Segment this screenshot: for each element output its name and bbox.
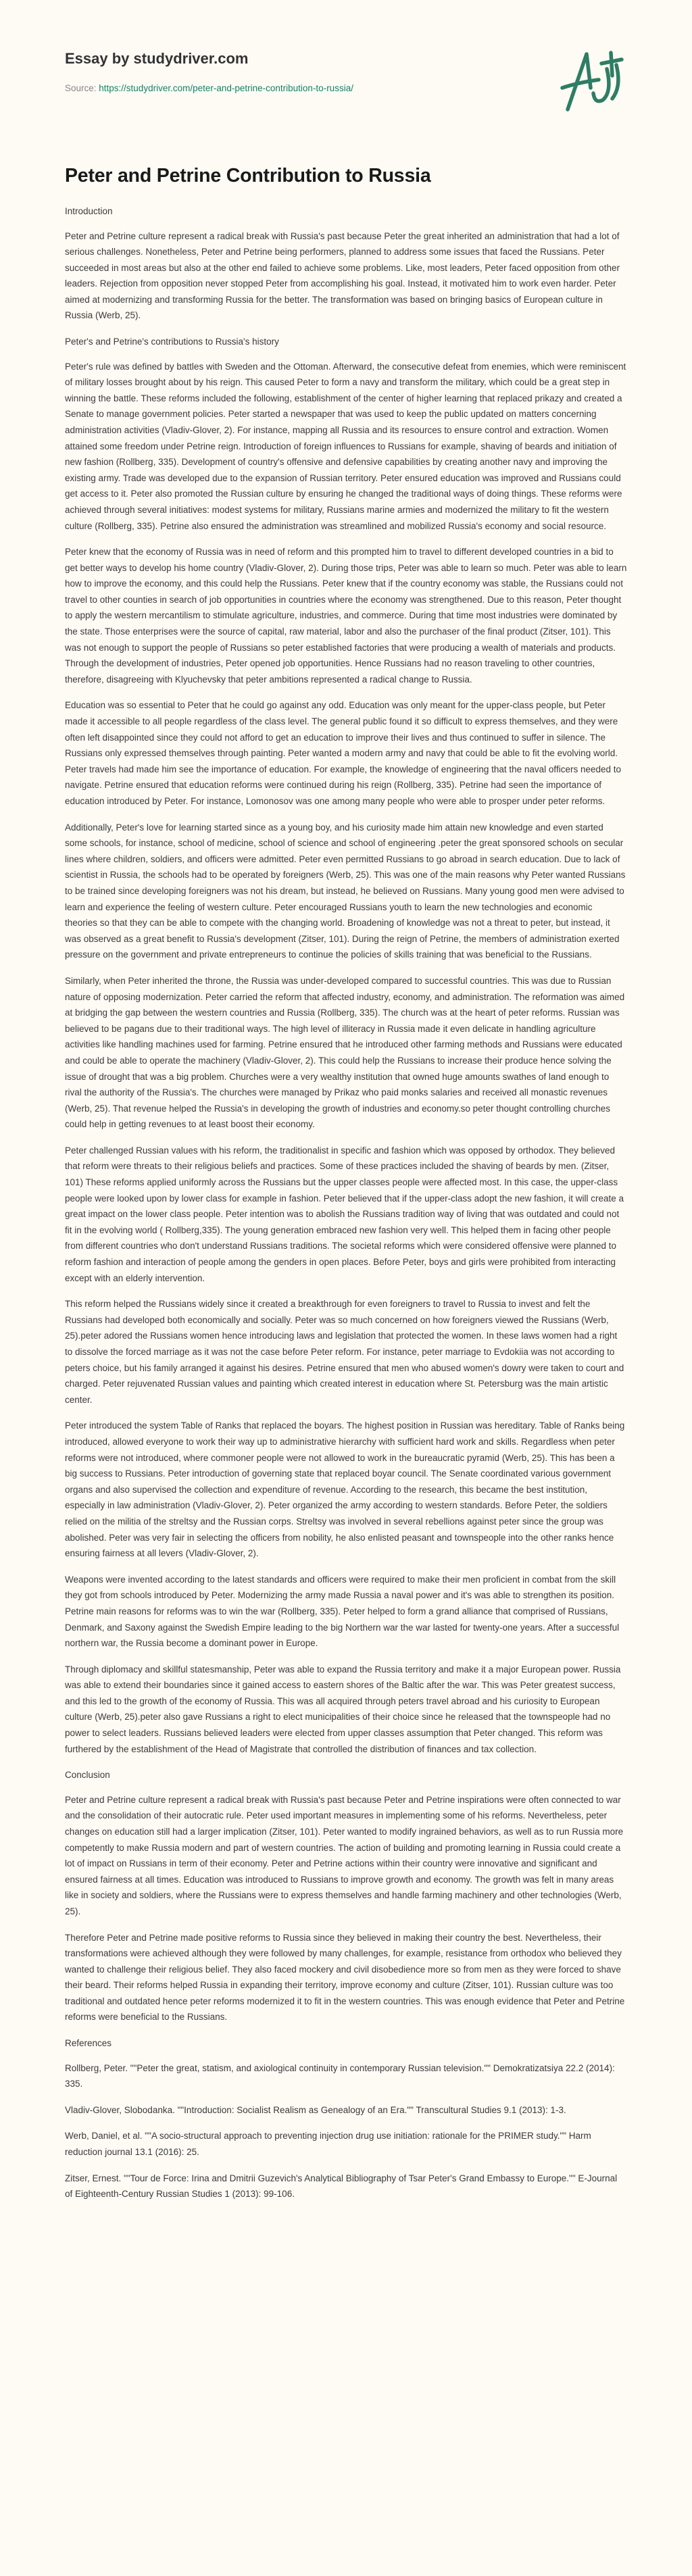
paragraph: Weapons were invented according to the l… bbox=[65, 1572, 627, 1652]
paragraph: Education was so essential to Peter that… bbox=[65, 697, 627, 809]
essay-content: Peter and Petrine Contribution to Russia… bbox=[0, 128, 692, 2239]
section-heading: Peter's and Petrine's contributions to R… bbox=[65, 334, 627, 350]
essay-page: Essay by studydriver.com Source: https:/… bbox=[0, 0, 692, 2239]
reference-item: Zitser, Ernest. ""Tour de Force: Irina a… bbox=[65, 2171, 627, 2202]
section-conclusion: Conclusion Peter and Petrine culture rep… bbox=[65, 1767, 627, 2025]
reference-item: Rollberg, Peter. ""Peter the great, stat… bbox=[65, 2060, 627, 2092]
paragraph: Peter's rule was defined by battles with… bbox=[65, 359, 627, 535]
section-heading: Introduction bbox=[65, 203, 627, 220]
paragraph: Peter knew that the economy of Russia wa… bbox=[65, 544, 627, 687]
site-title: Essay by studydriver.com bbox=[65, 50, 248, 68]
section-heading: Conclusion bbox=[65, 1767, 627, 1783]
section-contributions: Peter's and Petrine's contributions to R… bbox=[65, 334, 627, 1757]
paragraph: Additionally, Peter's love for learning … bbox=[65, 820, 627, 963]
page-title: Peter and Petrine Contribution to Russia bbox=[65, 165, 627, 187]
reference-item: Vladiv-Glover, Slobodanka. ""Introductio… bbox=[65, 2102, 627, 2119]
paragraph: Peter and Petrine culture represent a ra… bbox=[65, 228, 627, 324]
a-plus-grade-icon bbox=[558, 45, 637, 112]
site-header: Essay by studydriver.com Source: https:/… bbox=[0, 0, 692, 128]
paragraph: This reform helped the Russians widely s… bbox=[65, 1296, 627, 1408]
paragraph: Peter introduced the system Table of Ran… bbox=[65, 1418, 627, 1561]
paragraph: Similarly, when Peter inherited the thro… bbox=[65, 973, 627, 1133]
section-introduction: Introduction Peter and Petrine culture r… bbox=[65, 203, 627, 324]
paragraph: Peter and Petrine culture represent a ra… bbox=[65, 1792, 627, 1920]
source-line: Source: https://studydriver.com/peter-an… bbox=[65, 83, 353, 93]
section-references: References Rollberg, Peter. ""Peter the … bbox=[65, 2035, 627, 2202]
paragraph: Peter challenged Russian values with his… bbox=[65, 1143, 627, 1286]
paragraph: Therefore Peter and Petrine made positiv… bbox=[65, 1930, 627, 2026]
paragraph: Through diplomacy and skillful statesman… bbox=[65, 1662, 627, 1758]
references-heading: References bbox=[65, 2035, 627, 2052]
reference-item: Werb, Daniel, et al. ""A socio-structura… bbox=[65, 2128, 627, 2160]
source-label: Source: bbox=[65, 83, 99, 93]
source-link[interactable]: https://studydriver.com/peter-and-petrin… bbox=[99, 83, 353, 93]
